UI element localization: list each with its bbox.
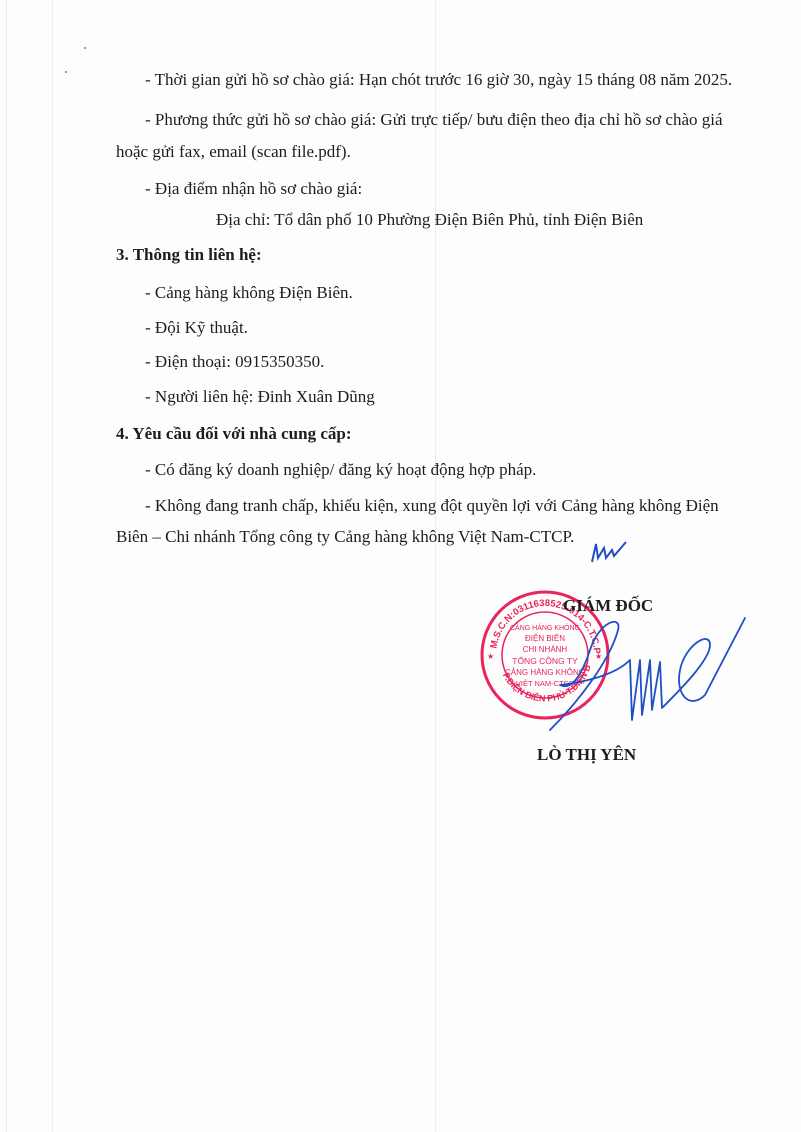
section-3-heading: 3. Thông tin liên hệ: bbox=[116, 245, 262, 265]
initial-mark-icon bbox=[588, 538, 628, 568]
deadline-line: - Thời gian gửi hồ sơ chào giá: Hạn chót… bbox=[145, 70, 732, 90]
contact-item: - Cảng hàng không Điện Biên. bbox=[145, 283, 353, 303]
scan-speck bbox=[65, 71, 67, 73]
scan-artifact bbox=[52, 0, 53, 1132]
requirement-item: - Không đang tranh chấp, khiếu kiện, xun… bbox=[145, 496, 719, 516]
contact-item: - Đội Kỹ thuật. bbox=[145, 318, 248, 338]
requirement-item-cont: Biên – Chi nhánh Tổng công ty Cảng hàng … bbox=[116, 527, 574, 547]
contact-item: - Người liên hệ: Đinh Xuân Dũng bbox=[145, 387, 375, 407]
document-page: - Thời gian gửi hồ sơ chào giá: Hạn chót… bbox=[0, 0, 801, 1132]
requirement-item: - Có đăng ký doanh nghiệp/ đăng ký hoạt … bbox=[145, 460, 536, 480]
contact-item: - Điện thoại: 0915350350. bbox=[145, 352, 324, 372]
submission-method-cont: hoặc gửi fax, email (scan file.pdf). bbox=[116, 142, 351, 162]
signatory-name: LÒ THỊ YÊN bbox=[537, 745, 636, 765]
receiving-location-label: - Địa điểm nhận hồ sơ chào giá: bbox=[145, 179, 362, 199]
svg-text:★: ★ bbox=[487, 652, 494, 661]
scan-artifact bbox=[435, 0, 436, 1132]
receiving-address: Địa chỉ: Tổ dân phố 10 Phường Điện Biên … bbox=[216, 210, 643, 230]
handwritten-signature-icon bbox=[540, 600, 750, 740]
submission-method-line: - Phương thức gửi hồ sơ chào giá: Gửi tr… bbox=[145, 110, 723, 130]
scan-artifact bbox=[6, 0, 7, 1132]
section-4-heading: 4. Yêu cầu đối với nhà cung cấp: bbox=[116, 424, 352, 444]
scan-speck bbox=[84, 47, 86, 49]
